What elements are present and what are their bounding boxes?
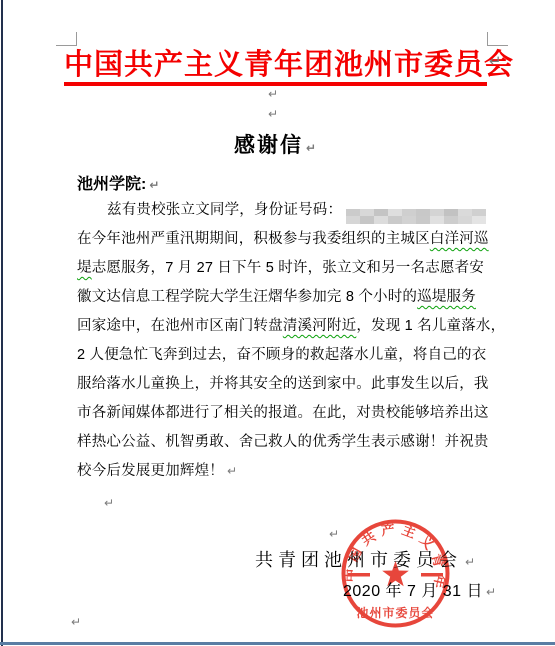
seal-right-bar [421, 573, 443, 577]
text-boundary-mark-top-right [487, 32, 508, 46]
signature-date: 2020 年 7 月 31 日↵ [343, 578, 496, 601]
redacted-id-number [346, 209, 486, 224]
body-text-segment: 校今后发展更加辉煌！ [77, 463, 224, 479]
body-line: 服给落水儿童换上，并将其安全的送到家中。此事发生以后，我 [77, 370, 495, 399]
body-text-segment: 兹有贵校张立文同学，身份证号码： [107, 202, 342, 218]
signature-date-text: 2020 年 7 月 31 日 [343, 583, 483, 600]
spellcheck-flagged-text: 清溪河附近 [283, 318, 357, 334]
body-line: 回家途中，在池州市区南门转盘清溪河附近，发现 1 名儿童落水， [77, 312, 495, 341]
spellcheck-flagged-text: 巡堤服务 [417, 289, 476, 305]
letterhead-rule [64, 82, 487, 86]
body-line: 堤志愿服务，7 月 27 日下午 5 时许，张立文和另一名志愿者安 [77, 254, 495, 283]
paragraph-mark-icon: ↵ [465, 555, 475, 569]
body-line: 市各新闻媒体都进行了相关的报道。在此，对贵校能够培养出这 [77, 399, 495, 428]
seal-org-text: 池州市委员会 [356, 605, 434, 620]
spellcheck-flagged-text: 堤 [77, 260, 92, 276]
body-line: 2 人便急忙飞奔到过去，奋不顾身的救起落水儿童，将自己的衣 [77, 341, 495, 370]
salutation: 池州学院:↵ [77, 171, 159, 194]
page-left-border [1, 0, 3, 646]
body-text-segment: 2 人便急忙飞奔到过去，奋不顾身的救起落水儿童，将自己的衣 [77, 347, 486, 363]
body-text-segment: 回家途中，在池州市区南门转盘 [77, 318, 283, 334]
paragraph-mark-icon: ↵ [104, 497, 114, 509]
paragraph-mark-icon: ↵ [489, 56, 502, 68]
salutation-text: 池州学院: [77, 176, 146, 193]
body-text-segment: 在今年池州严重汛期期间，积极参与我委组织的主城区 [77, 231, 430, 247]
body-line: 徽文达信息工程学院大学生汪熠华参加完 8 个小时的巡堤服务 [77, 283, 495, 312]
body-text: 兹有贵校张立文同学，身份证号码：在今年池州严重汛期期间，积极参与我委组织的主城区… [77, 196, 495, 486]
signature-org: 共青团池州市委员会↵ [255, 546, 475, 572]
document-title-text: 感谢信 [234, 134, 303, 157]
document-title: 感谢信↵ [64, 129, 488, 159]
paragraph-mark-icon: ↵ [268, 108, 278, 120]
body-line: 兹有贵校张立文同学，身份证号码： [77, 196, 495, 225]
document-page: 中国共产主义青年团池州市委员会 ↵ ↵ ↵ 感谢信↵ 池州学院:↵ 兹有贵校张立… [0, 0, 555, 646]
paragraph-mark-icon: ↵ [71, 616, 81, 628]
paragraph-mark-icon: ↵ [268, 88, 278, 100]
official-seal-stamp: 中国共产主义青年团 池州市委员会 [338, 516, 453, 631]
seal-left-bar [348, 573, 370, 577]
body-line: 样热心公益、机智勇敢、舍己救人的优秀学生表示感谢！并祝贵 [77, 428, 495, 457]
paragraph-mark-icon: ↵ [227, 464, 237, 478]
body-text-segment: 志愿服务，7 月 27 日下午 5 时许，张立文和另一名志愿者安 [92, 260, 484, 276]
body-text-segment: 服给落水儿童换上，并将其安全的送到家中。此事发生以后，我 [77, 376, 489, 392]
body-text-segment: 样热心公益、机智勇敢、舍己救人的优秀学生表示感谢！并祝贵 [77, 434, 489, 450]
body-line: 在今年池州严重汛期期间，积极参与我委组织的主城区白洋河巡 [77, 225, 495, 254]
body-line: 校今后发展更加辉煌！↵ [77, 457, 495, 486]
body-text-segment: ，发现 1 名儿童落水， [356, 318, 505, 334]
paragraph-mark-icon: ↵ [306, 141, 318, 155]
window-bottom-edge [0, 642, 555, 645]
spellcheck-flagged-text: 白洋河巡 [430, 231, 489, 247]
signature-org-text: 共青团池州市委员会 [255, 550, 462, 570]
paragraph-mark-icon: ↵ [149, 178, 159, 192]
body-text-segment: 徽文达信息工程学院大学生汪熠华参加完 8 个小时的 [77, 289, 417, 305]
letterhead-org-title: 中国共产主义青年团池州市委员会 [64, 42, 488, 83]
paragraph-mark-icon: ↵ [486, 585, 496, 599]
body-text-segment: 市各新闻媒体都进行了相关的报道。在此，对贵校能够培养出这 [77, 405, 489, 421]
